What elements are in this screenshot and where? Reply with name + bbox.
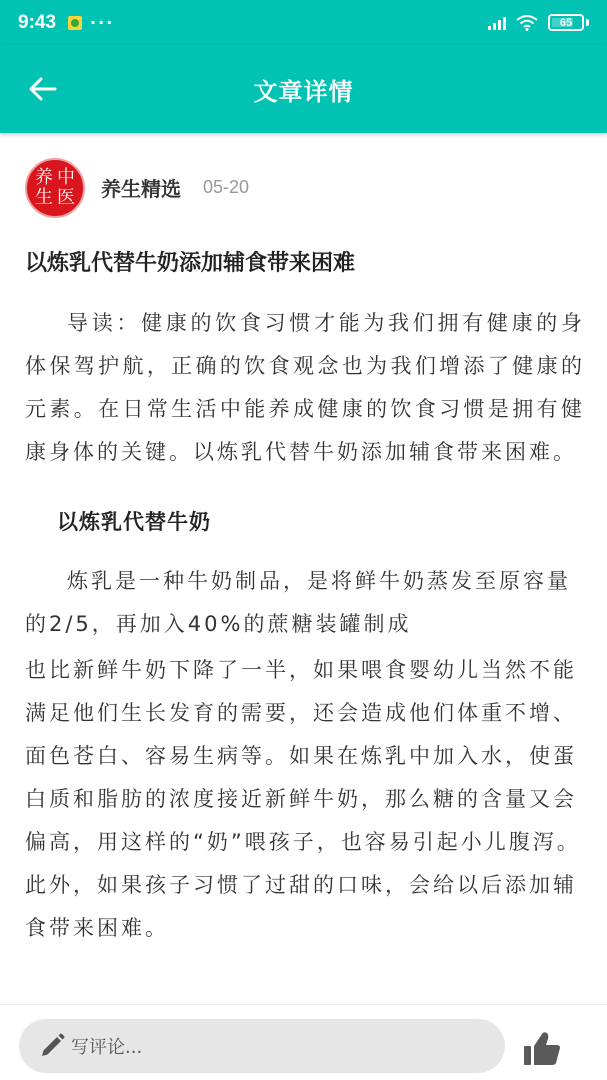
comment-placeholder: 写评论... — [71, 1033, 142, 1059]
like-button[interactable] — [522, 1031, 562, 1067]
article-paragraph: 也比新鲜牛奶下降了一半，如果喂食婴幼儿当然不能满足他们生长发育的需要，还会造成他… — [25, 649, 585, 950]
article-paragraph: 炼乳是一种牛奶制品，是将鲜牛奶蒸发至原容量的2/5，再加入40%的蔗糖装罐制成 — [25, 560, 585, 646]
pencil-icon — [39, 1033, 65, 1059]
battery-level: 65 — [560, 17, 572, 29]
page-title: 文章详情 — [254, 72, 354, 107]
qq-music-icon — [68, 16, 82, 30]
avatar-char: 中 — [55, 168, 77, 188]
author-row: 养 中 生 医 养生精选 05-20 — [0, 150, 607, 225]
back-button[interactable] — [28, 75, 58, 103]
thumbs-up-icon — [522, 1031, 562, 1067]
article-title: 以炼乳代替牛奶添加辅食带来困难 — [25, 240, 585, 288]
article-intro: 导读：健康的饮食习惯才能为我们拥有健康的身体保驾护航，正确的饮食观念也为我们增添… — [25, 302, 585, 474]
article-body: 以炼乳代替牛奶添加辅食带来困难 导读：健康的饮食习惯才能为我们拥有健康的身体保驾… — [25, 240, 585, 950]
phone-screen: 9:43 ··· 65 — [0, 0, 607, 1080]
post-date: 05-20 — [203, 177, 249, 198]
more-notifications-icon: ··· — [90, 13, 114, 32]
battery-tip — [586, 19, 589, 26]
avatar[interactable]: 养 中 生 医 — [25, 158, 85, 218]
signal-icon — [488, 16, 506, 30]
battery-icon: 65 — [548, 14, 584, 31]
comment-input[interactable]: 写评论... — [19, 1019, 505, 1073]
status-bar: 9:43 ··· 65 — [0, 0, 607, 45]
avatar-char: 生 — [33, 188, 55, 208]
status-indicators: 65 — [488, 14, 589, 31]
app-bar: 文章详情 — [0, 45, 607, 133]
arrow-left-icon — [28, 75, 58, 103]
bottom-bar: 写评论... — [0, 1005, 607, 1080]
status-time: 9:43 — [18, 12, 56, 34]
avatar-char: 医 — [55, 188, 77, 208]
author-name[interactable]: 养生精选 — [101, 173, 181, 202]
wifi-icon — [516, 15, 538, 31]
avatar-char: 养 — [33, 168, 55, 188]
section-heading: 以炼乳代替牛奶 — [25, 498, 585, 546]
